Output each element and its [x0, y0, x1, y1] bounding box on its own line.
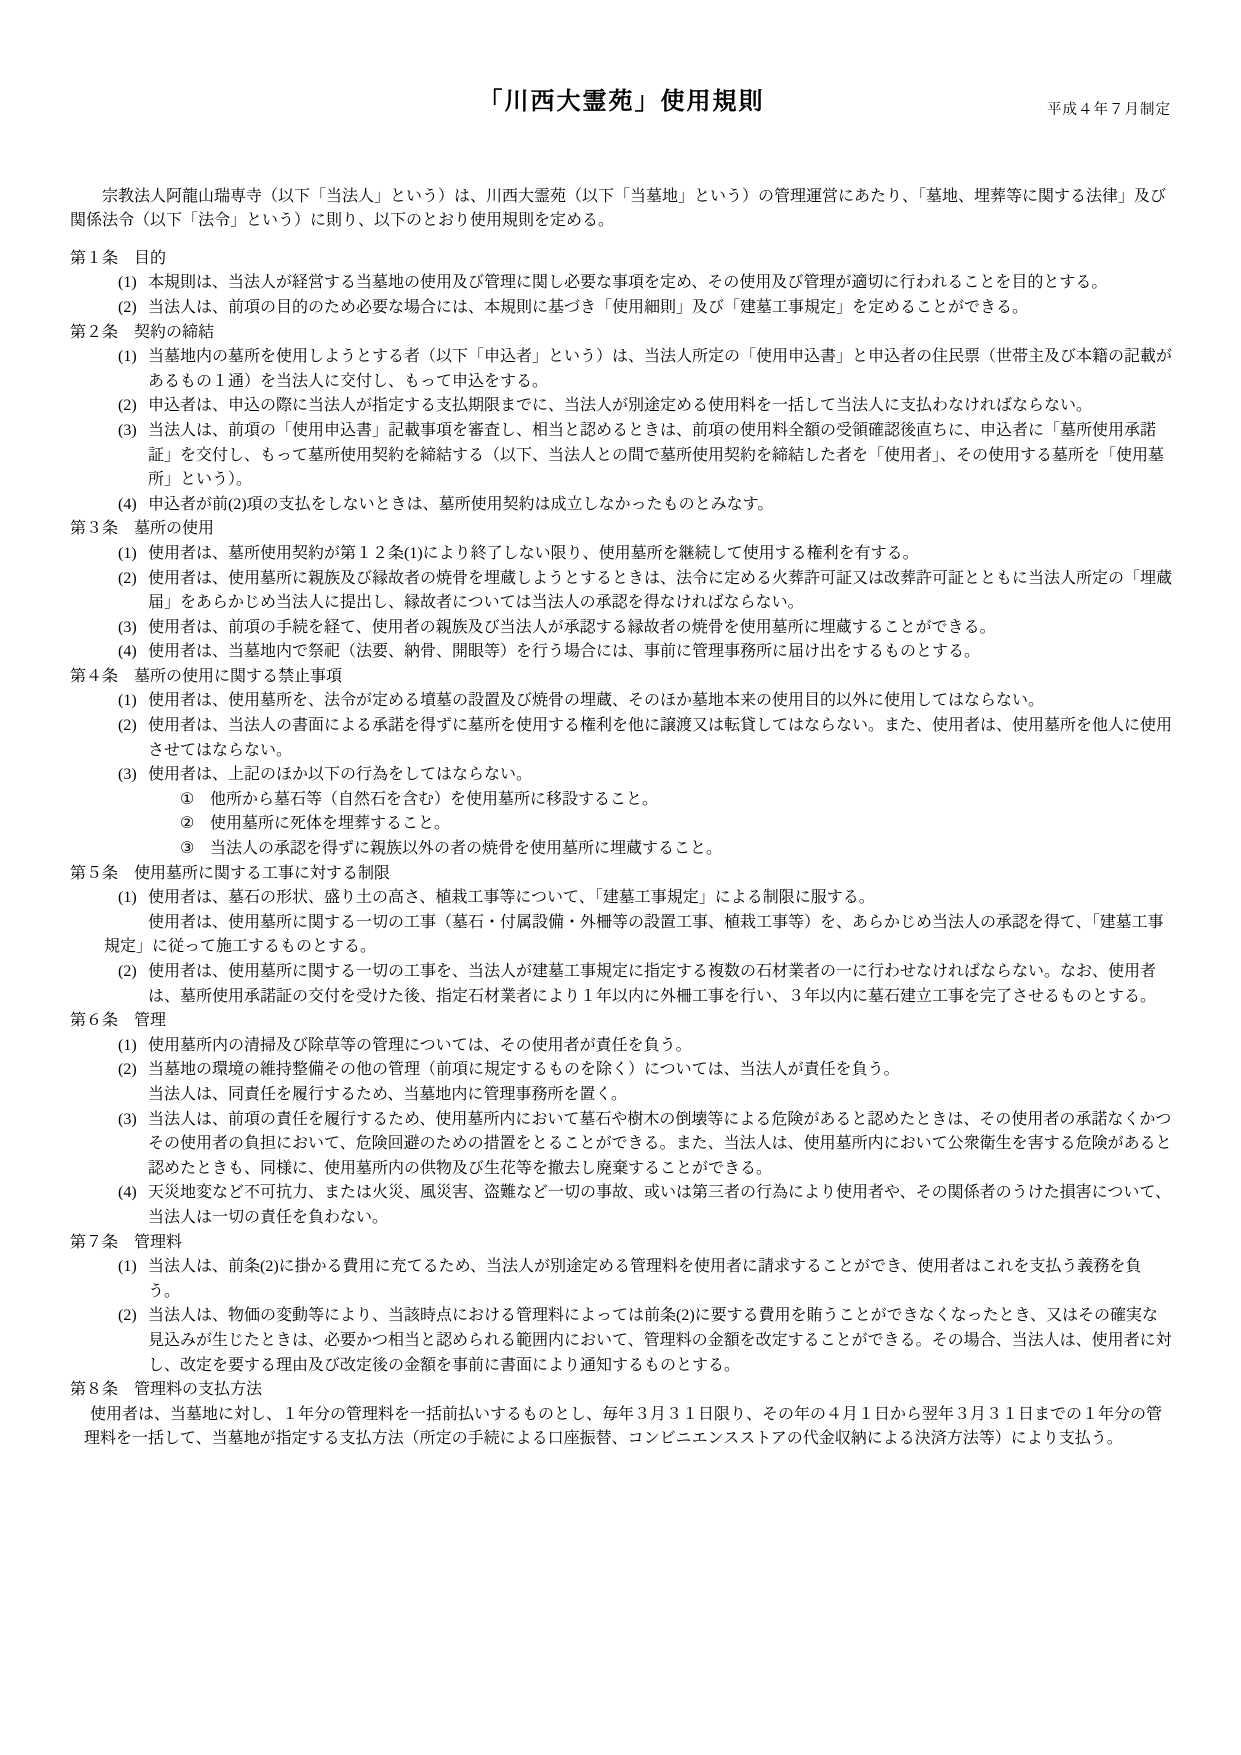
item-text: 申込者が前(2)項の支払をしないときは、墓所使用契約は成立しなかったものとみなす… — [148, 496, 773, 513]
article-item: (4)天災地変など不可抗力、または火災、風災害、盗難など一切の事故、或いは第三者… — [70, 1181, 1173, 1230]
article-item: (1)当墓地内の墓所を使用しようとする者（以下「申込者」という）は、当法人所定の… — [70, 345, 1173, 394]
item-text: 申込者は、申込の際に当法人が指定する支払期限までに、当法人が別途定める使用料を一… — [148, 397, 1092, 414]
articles-list: 第１条目的(1)本規則は、当法人が経営する当墓地の使用及び管理に関し必要な事項を… — [70, 247, 1173, 1452]
item-marker: (2) — [118, 296, 137, 321]
article-heading: 第７条管理料 — [70, 1231, 1173, 1256]
document-title: 「川西大霊苑」使用規則 — [70, 90, 1173, 115]
item-text: 当法人は、前項の「使用申込書」記載事項を審査し、相当と認めるときは、前項の使用料… — [148, 422, 1164, 488]
item-text: 使用者は、墓石の形状、盛り土の高さ、植栽工事等について、「建墓工事規定」による制… — [148, 889, 875, 906]
article-number: 第１条 — [70, 250, 118, 267]
article-number: 第２条 — [70, 324, 118, 341]
article-number: 第８条 — [70, 1381, 118, 1398]
article-heading: 第６条管理 — [70, 1009, 1173, 1034]
item-marker: (1) — [118, 345, 137, 370]
item-marker: (2) — [118, 1058, 137, 1083]
item-marker: (3) — [118, 419, 137, 444]
item-text: 使用者は、墓所使用契約が第１２条(1)により終了しない限り、使用墓所を継続して使… — [148, 545, 919, 562]
item-text: 使用者は、前項の手続を経て、使用者の親族及び当法人が承認する縁故者の焼骨を使用墓… — [148, 619, 996, 636]
item-text: 使用者は、当墓地内で祭祀（法要、納骨、開眼等）を行う場合には、事前に管理事務所に… — [148, 643, 980, 660]
article-heading: 第１条目的 — [70, 247, 1173, 272]
subitem-marker: ② — [180, 812, 194, 837]
continuation-paragraph: 当法人は、同責任を履行するため、当墓地内に管理事務所を置く。 — [104, 1083, 1173, 1108]
item-text: 使用者は、使用墓所に関する一切の工事を、当法人が建墓工事規定に指定する複数の石材… — [148, 963, 1156, 1005]
item-marker: (4) — [118, 493, 137, 518]
article-subitem: ②使用墓所に死体を埋葬すること。 — [70, 812, 1173, 837]
article-title: 墓所の使用 — [134, 520, 214, 537]
item-marker: (3) — [118, 616, 137, 641]
item-marker: (2) — [118, 960, 137, 985]
item-marker: (2) — [118, 394, 137, 419]
article-item: (2)当法人は、物価の変動等により、当該時点における管理料によっては前条(2)に… — [70, 1304, 1173, 1378]
item-marker: (2) — [118, 567, 137, 592]
article-heading: 第８条管理料の支払方法 — [70, 1378, 1173, 1403]
article-item: (2)当墓地の環境の維持整備その他の管理（前項に規定するものを除く）については、… — [70, 1058, 1173, 1083]
item-marker: (1) — [118, 689, 137, 714]
subitem-text: 使用墓所に死体を埋葬すること。 — [210, 815, 450, 832]
article-title: 管理 — [134, 1012, 166, 1029]
item-marker: (2) — [118, 1304, 137, 1329]
article: 第３条墓所の使用(1)使用者は、墓所使用契約が第１２条(1)により終了しない限り… — [70, 517, 1173, 665]
article-heading: 第５条使用墓所に関する工事に対する制限 — [70, 862, 1173, 887]
article-item: (1)本規則は、当法人が経営する当墓地の使用及び管理に関し必要な事項を定め、その… — [70, 271, 1173, 296]
item-marker: (2) — [118, 714, 137, 739]
item-text: 本規則は、当法人が経営する当墓地の使用及び管理に関し必要な事項を定め、その使用及… — [148, 274, 1107, 291]
article-item: (3)使用者は、前項の手続を経て、使用者の親族及び当法人が承認する縁故者の焼骨を… — [70, 616, 1173, 641]
article-item: (2)当法人は、前項の目的のため必要な場合には、本規則に基づき「使用細則」及び「… — [70, 296, 1173, 321]
article-body-text: 使用者は、当墓地に対し、１年分の管理料を一括前払いするものとし、毎年３月３１日限… — [84, 1403, 1173, 1452]
article-item: (2)使用者は、当法人の書面による承諾を得ずに墓所を使用する権利を他に譲渡又は転… — [70, 714, 1173, 763]
article-number: 第５条 — [70, 865, 118, 882]
continuation-paragraph: 使用者は、使用墓所に関する一切の工事（墓石・付属設備・外柵等の設置工事、植栽工事… — [104, 911, 1173, 960]
item-text: 使用墓所内の清掃及び除草等の管理については、その使用者が責任を負う。 — [148, 1037, 692, 1054]
subitem-text: 他所から墓石等（自然石を含む）を使用墓所に移設すること。 — [210, 791, 658, 808]
item-marker: (1) — [118, 542, 137, 567]
subitem-marker: ① — [180, 788, 194, 813]
article-item: (1)当法人は、前条(2)に掛かる費用に充てるため、当法人が別途定める管理料を使… — [70, 1255, 1173, 1304]
item-text: 当法人は、前項の責任を履行するため、使用墓所内において墓石や樹木の倒壊等による危… — [148, 1111, 1172, 1177]
item-marker: (3) — [118, 763, 137, 788]
article-title: 管理料の支払方法 — [134, 1381, 262, 1398]
item-marker: (4) — [118, 640, 137, 665]
article-title: 墓所の使用に関する禁止事項 — [134, 668, 342, 685]
item-text: 当法人は、前条(2)に掛かる費用に充てるため、当法人が別途定める管理料を使用者に… — [148, 1258, 1141, 1300]
subitem-text: 当法人の承認を得ずに親族以外の者の焼骨を使用墓所に埋蔵すること。 — [210, 840, 722, 857]
preamble: 宗教法人阿龍山瑞専寺（以下「当法人」という）は、川西大霊苑（以下「当墓地」という… — [70, 185, 1173, 234]
article-item: (3)使用者は、上記のほか以下の行為をしてはならない。 — [70, 763, 1173, 788]
article-item: (4)申込者が前(2)項の支払をしないときは、墓所使用契約は成立しなかったものと… — [70, 493, 1173, 518]
article: 第４条墓所の使用に関する禁止事項(1)使用者は、使用墓所を、法令が定める墳墓の設… — [70, 665, 1173, 862]
article-item: (3)当法人は、前項の「使用申込書」記載事項を審査し、相当と認めるときは、前項の… — [70, 419, 1173, 493]
article-item: (4)使用者は、当墓地内で祭祀（法要、納骨、開眼等）を行う場合には、事前に管理事… — [70, 640, 1173, 665]
article-item: (2)申込者は、申込の際に当法人が指定する支払期限までに、当法人が別途定める使用… — [70, 394, 1173, 419]
article-number: 第３条 — [70, 520, 118, 537]
enactment-date: 平成４年７月制定 — [1047, 98, 1171, 123]
article-item: (3)当法人は、前項の責任を履行するため、使用墓所内において墓石や樹木の倒壊等に… — [70, 1108, 1173, 1182]
article: 第１条目的(1)本規則は、当法人が経営する当墓地の使用及び管理に関し必要な事項を… — [70, 247, 1173, 321]
item-text: 当墓地の環境の維持整備その他の管理（前項に規定するものを除く）については、当法人… — [148, 1061, 900, 1078]
item-text: 使用者は、使用墓所に親族及び縁故者の焼骨を埋蔵しようとするときは、法令に定める火… — [148, 570, 1172, 612]
article-subitem: ①他所から墓石等（自然石を含む）を使用墓所に移設すること。 — [70, 788, 1173, 813]
item-text: 使用者は、使用墓所を、法令が定める墳墓の設置及び焼骨の埋蔵、そのほか墓地本来の使… — [148, 692, 1044, 709]
article: 第２条契約の締結(1)当墓地内の墓所を使用しようとする者（以下「申込者」という）… — [70, 321, 1173, 518]
article-title: 使用墓所に関する工事に対する制限 — [134, 865, 390, 882]
item-marker: (1) — [118, 271, 137, 296]
item-marker: (3) — [118, 1108, 137, 1133]
item-text: 当法人は、前項の目的のため必要な場合には、本規則に基づき「使用細則」及び「建墓工… — [148, 299, 1028, 316]
item-marker: (4) — [118, 1181, 137, 1206]
subitem-marker: ③ — [180, 837, 194, 862]
article-subitem: ③当法人の承認を得ずに親族以外の者の焼骨を使用墓所に埋蔵すること。 — [70, 837, 1173, 862]
article-item: (1)使用者は、墓石の形状、盛り土の高さ、植栽工事等について、「建墓工事規定」に… — [70, 886, 1173, 911]
item-text: 天災地変など不可抗力、または火災、風災害、盗難など一切の事故、或いは第三者の行為… — [148, 1184, 1171, 1226]
article-item: (1)使用者は、墓所使用契約が第１２条(1)により終了しない限り、使用墓所を継続… — [70, 542, 1173, 567]
article-number: 第６条 — [70, 1012, 118, 1029]
item-marker: (1) — [118, 886, 137, 911]
item-marker: (1) — [118, 1255, 137, 1280]
article-number: 第４条 — [70, 668, 118, 685]
item-text: 当法人は、物価の変動等により、当該時点における管理料によっては前条(2)に要する… — [148, 1307, 1172, 1373]
article-item: (2)使用者は、使用墓所に関する一切の工事を、当法人が建墓工事規定に指定する複数… — [70, 960, 1173, 1009]
article-number: 第７条 — [70, 1234, 118, 1251]
article-title: 管理料 — [134, 1234, 182, 1251]
document-header: 「川西大霊苑」使用規則 平成４年７月制定 — [70, 0, 1173, 115]
article: 第７条管理料(1)当法人は、前条(2)に掛かる費用に充てるため、当法人が別途定め… — [70, 1231, 1173, 1379]
article-item: (2)使用者は、使用墓所に親族及び縁故者の焼骨を埋蔵しようとするときは、法令に定… — [70, 567, 1173, 616]
article-heading: 第３条墓所の使用 — [70, 517, 1173, 542]
article: 第６条管理(1)使用墓所内の清掃及び除草等の管理については、その使用者が責任を負… — [70, 1009, 1173, 1230]
article-item: (1)使用者は、使用墓所を、法令が定める墳墓の設置及び焼骨の埋蔵、そのほか墓地本… — [70, 689, 1173, 714]
item-marker: (1) — [118, 1034, 137, 1059]
document-page: 「川西大霊苑」使用規則 平成４年７月制定 宗教法人阿龍山瑞専寺（以下「当法人」と… — [0, 0, 1241, 1755]
item-text: 当墓地内の墓所を使用しようとする者（以下「申込者」という）は、当法人所定の「使用… — [148, 348, 1172, 390]
article: 第８条管理料の支払方法使用者は、当墓地に対し、１年分の管理料を一括前払いするもの… — [70, 1378, 1173, 1452]
item-text: 使用者は、当法人の書面による承諾を得ずに墓所を使用する権利を他に譲渡又は転貸して… — [148, 717, 1172, 759]
article-title: 契約の締結 — [134, 324, 214, 341]
article: 第５条使用墓所に関する工事に対する制限(1)使用者は、墓石の形状、盛り土の高さ、… — [70, 862, 1173, 1010]
article-item: (1)使用墓所内の清掃及び除草等の管理については、その使用者が責任を負う。 — [70, 1034, 1173, 1059]
article-title: 目的 — [134, 250, 166, 267]
article-heading: 第２条契約の締結 — [70, 321, 1173, 346]
item-text: 使用者は、上記のほか以下の行為をしてはならない。 — [148, 766, 532, 783]
article-heading: 第４条墓所の使用に関する禁止事項 — [70, 665, 1173, 690]
